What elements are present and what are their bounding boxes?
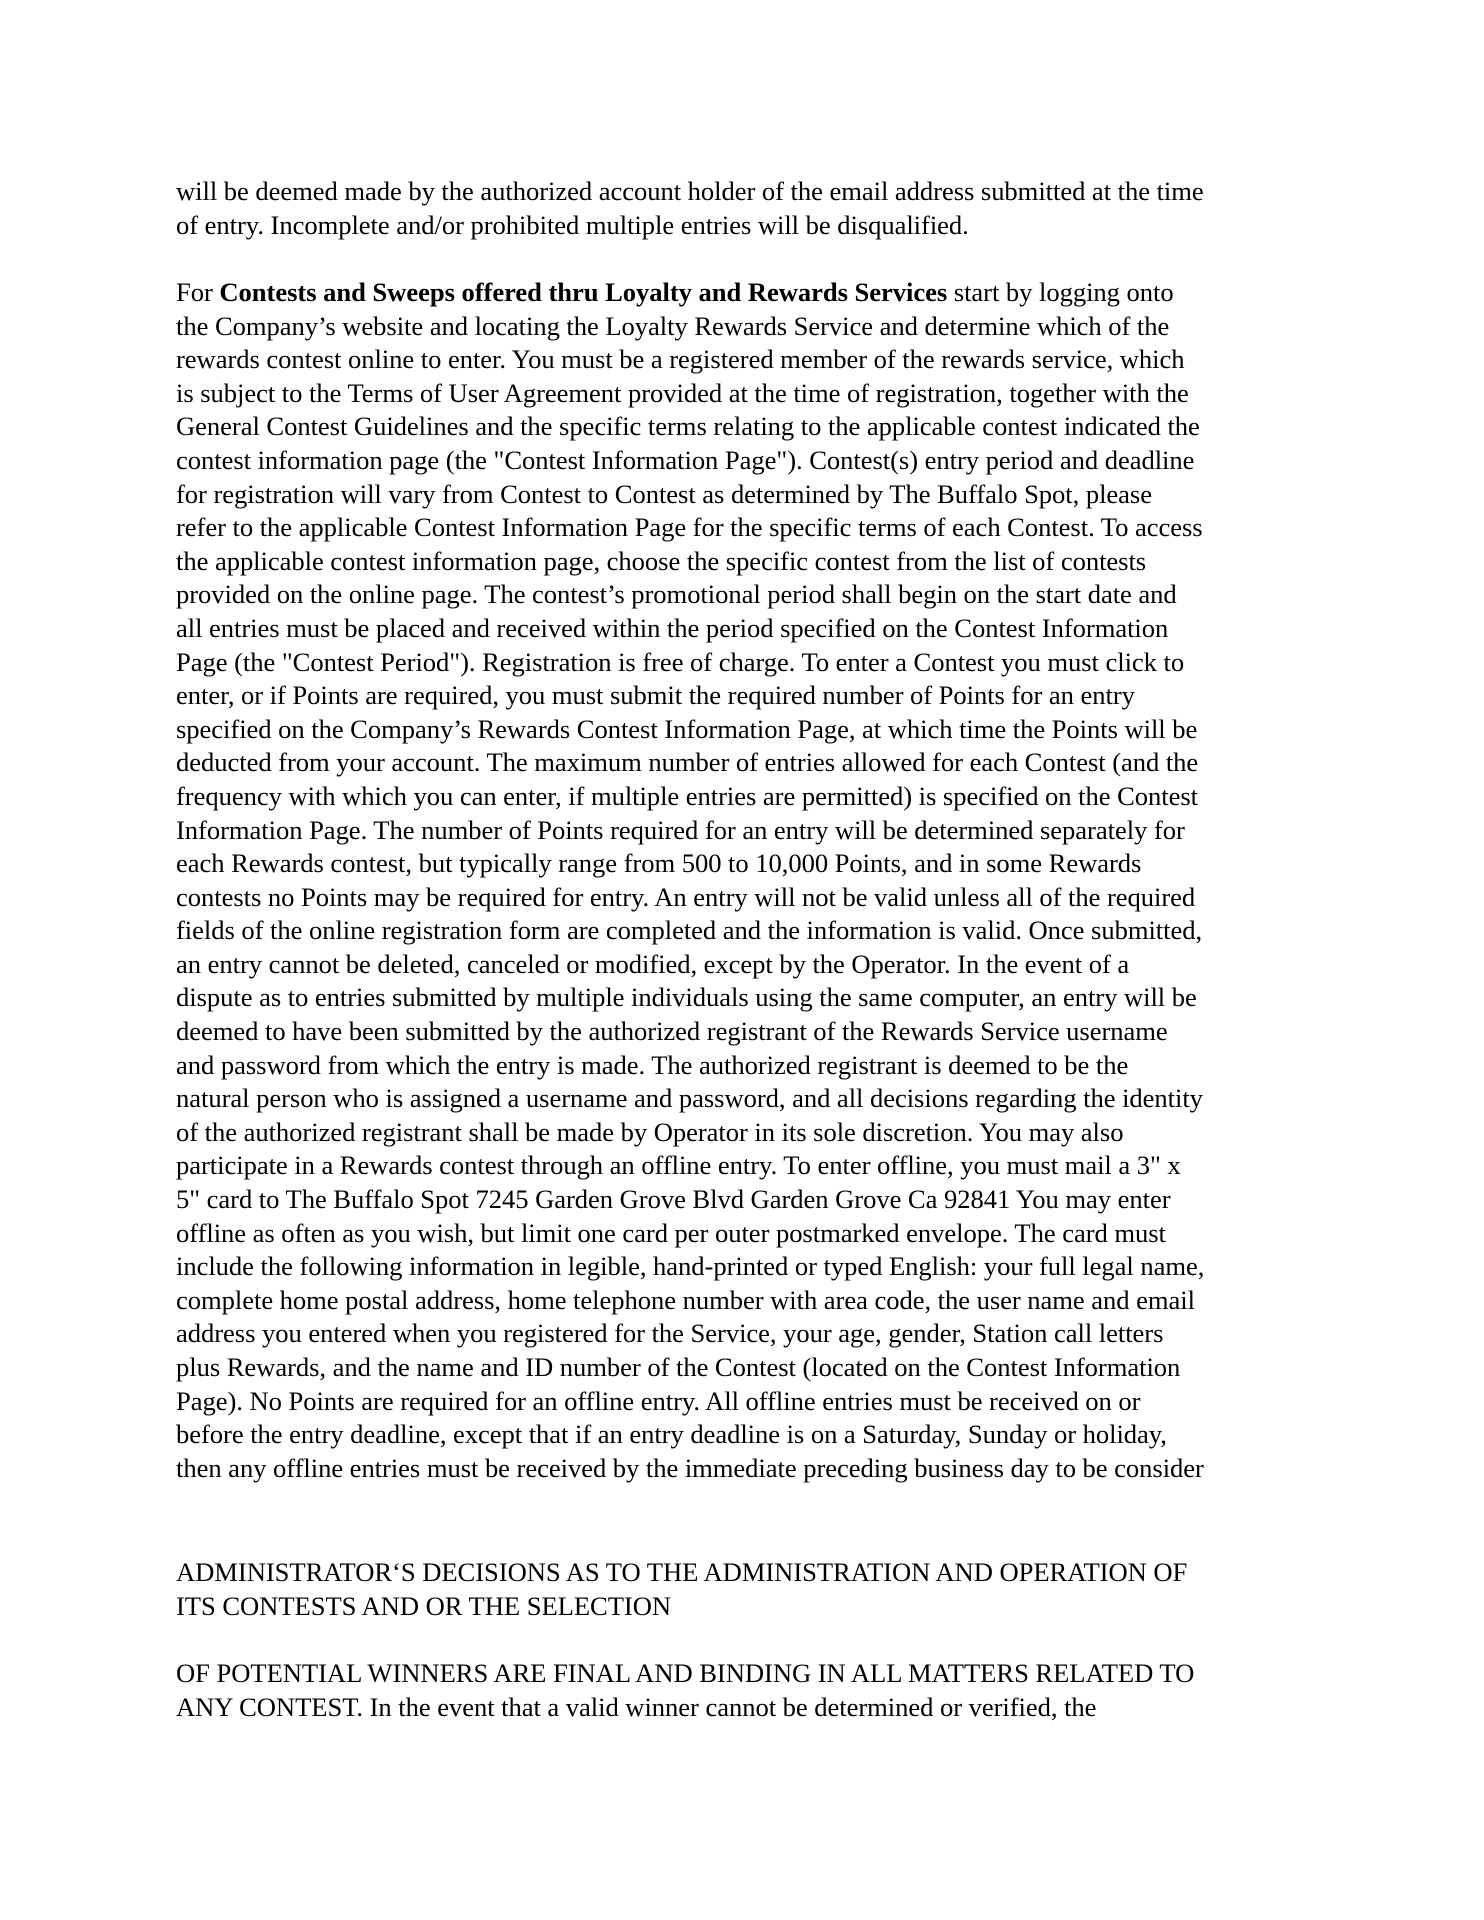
text-line: frequency with which you can enter, if m… [176,780,1316,814]
text-line: enter, or if Points are required, you mu… [176,679,1316,713]
text-line: offline as often as you wish, but limit … [176,1217,1316,1251]
text-line: all entries must be placed and received … [176,612,1316,646]
paragraph-administrator-decisions-heading: ADMINISTRATOR‘S DECISIONS AS TO THE ADMI… [176,1556,1316,1623]
text-line: ADMINISTRATOR‘S DECISIONS AS TO THE ADMI… [176,1556,1316,1590]
text-line: participate in a Rewards contest through… [176,1149,1316,1183]
text-line: Information Page. The number of Points r… [176,814,1316,848]
text-line: include the following information in leg… [176,1250,1316,1284]
text-line: refer to the applicable Contest Informat… [176,511,1316,545]
text-line: natural person who is assigned a usernam… [176,1082,1316,1116]
document-page: will be deemed made by the authorized ac… [0,0,1484,1920]
text-line: provided on the online page. The contest… [176,578,1316,612]
text-line: contest information page (the "Contest I… [176,444,1316,478]
bold-heading-contests-sweeps: Contests and Sweeps offered thru Loyalty… [219,277,947,307]
text-line: OF POTENTIAL WINNERS ARE FINAL AND BINDI… [176,1657,1316,1691]
text-line: the applicable contest information page,… [176,545,1316,579]
text-line: contests no Points may be required for e… [176,881,1316,915]
text-line: specified on the Company’s Rewards Conte… [176,713,1316,747]
paragraph-loyalty-rewards-contests: For Contests and Sweeps offered thru Loy… [176,276,1316,1485]
text-line: plus Rewards, and the name and ID number… [176,1351,1316,1385]
text-line: complete home postal address, home telep… [176,1284,1316,1318]
text-line: address you entered when you registered … [176,1317,1316,1351]
text-line: the Company’s website and locating the L… [176,310,1316,344]
text-line: 5" card to The Buffalo Spot 7245 Garden … [176,1183,1316,1217]
text-line: fields of the online registration form a… [176,914,1316,948]
text-line: each Rewards contest, but typically rang… [176,847,1316,881]
text-line: ANY CONTEST. In the event that a valid w… [176,1691,1316,1725]
text-line: General Contest Guidelines and the speci… [176,410,1316,444]
text-line: is subject to the Terms of User Agreemen… [176,377,1316,411]
paragraph-entry-authorization: will be deemed made by the authorized ac… [176,175,1316,242]
text-prefix: For [176,277,219,307]
paragraph-potential-winners: OF POTENTIAL WINNERS ARE FINAL AND BINDI… [176,1657,1316,1724]
text-line: dispute as to entries submitted by multi… [176,981,1316,1015]
text-line: ITS CONTESTS AND OR THE SELECTION [176,1590,1316,1624]
text-line: an entry cannot be deleted, canceled or … [176,948,1316,982]
text-line: rewards contest online to enter. You mus… [176,343,1316,377]
text-line: then any offline entries must be receive… [176,1452,1316,1486]
text-line-first: For Contests and Sweeps offered thru Loy… [176,276,1316,310]
text-line: for registration will vary from Contest … [176,478,1316,512]
text-line: of the authorized registrant shall be ma… [176,1116,1316,1150]
text-line: will be deemed made by the authorized ac… [176,175,1316,209]
text-suffix: start by logging onto [947,277,1173,307]
text-line: before the entry deadline, except that i… [176,1418,1316,1452]
text-line: and password from which the entry is mad… [176,1049,1316,1083]
text-line: Page (the "Contest Period"). Registratio… [176,646,1316,680]
text-line: Page). No Points are required for an off… [176,1385,1316,1419]
text-line: deducted from your account. The maximum … [176,746,1316,780]
text-line: of entry. Incomplete and/or prohibited m… [176,209,1316,243]
text-line: deemed to have been submitted by the aut… [176,1015,1316,1049]
